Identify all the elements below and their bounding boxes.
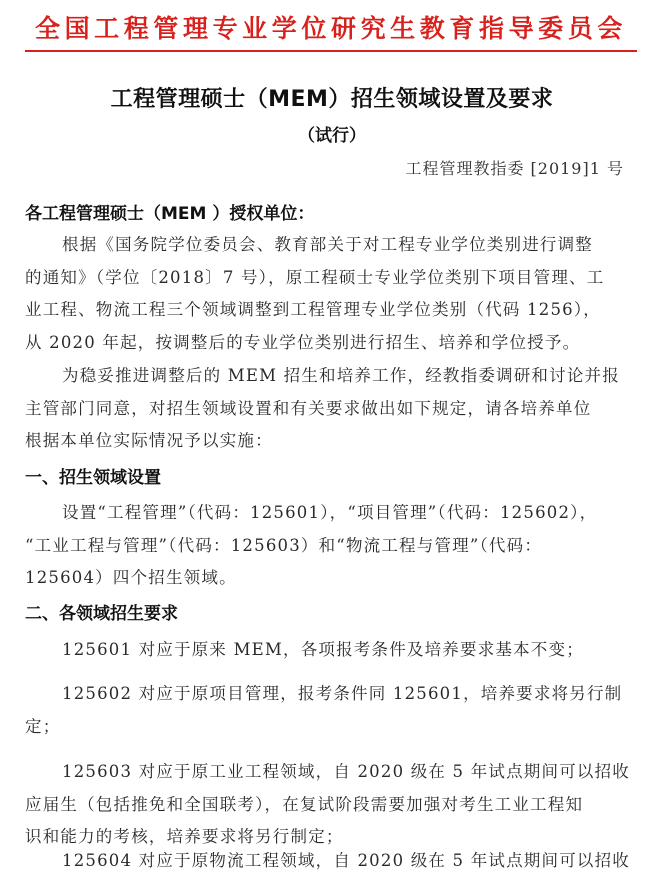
section-heading-2: 二、各领域招生要求 [25,599,178,624]
document-title: 工程管理硕士（MEM）招生领域设置及要求 [0,82,664,113]
document-subtitle: （试行） [0,121,664,146]
org-header: 全国工程管理专业学位研究生教育指导委员会 [25,12,637,46]
text-line: 125602 对应于原项目管理，报考条件同 125601，培养要求将另行制 [25,678,637,711]
section-heading-1: 一、招生领域设置 [25,463,161,488]
text-line: 根据本单位实际情况予以实施： [25,425,637,458]
document-number: 工程管理教指委 [2019]1 号 [405,156,624,179]
text-line: 125603 对应于原工业工程领域，自 2020 级在 5 年试点期间可以招收 [25,756,637,789]
text-line: 定； [25,711,637,744]
text-line: 125604 对应于原物流工程领域，自 2020 级在 5 年试点期间可以招收 [25,845,637,878]
addressee: 各工程管理硕士（MEM ）授权单位： [25,199,314,224]
text-line: 应届生（包括推免和全国联考），在复试阶段需要加强对考生工业工程知 [25,789,637,822]
text-line: 125601 对应于原来 MEM，各项报考条件及培养要求基本不变； [25,634,637,667]
text-line: 业工程、物流工程三个领域调整到工程管理专业学位类别（代码 1256）， [25,294,637,327]
intro-paragraph-2: 为稳妥推进调整后的 MEM 招生和培养工作，经教指委调研和讨论并报 主管部门同意… [25,360,637,458]
section-2-paragraph-2: 125602 对应于原项目管理，报考条件同 125601，培养要求将另行制 定； [25,678,637,743]
intro-paragraph-1: 根据《国务院学位委员会、教育部关于对工程专业学位类别进行调整 的通知》（学位〔2… [25,229,637,359]
text-line: 125604）四个招生领域。 [25,562,637,595]
section-1-paragraph: 设置“工程管理”（代码：125601），“项目管理”（代码：125602）， “… [25,497,637,595]
text-line: 设置“工程管理”（代码：125601），“项目管理”（代码：125602）， [25,497,637,530]
text-line: “工业工程与管理”（代码：125603）和“物流工程与管理”（代码： [25,530,637,563]
section-2-paragraph-3: 125603 对应于原工业工程领域，自 2020 级在 5 年试点期间可以招收 … [25,756,637,854]
section-2-paragraph-1: 125601 对应于原来 MEM，各项报考条件及培养要求基本不变； [25,634,637,667]
text-line: 为稳妥推进调整后的 MEM 招生和培养工作，经教指委调研和讨论并报 [25,360,637,393]
text-line: 从 2020 年起，按调整后的专业学位类别进行招生、培养和学位授予。 [25,327,637,360]
section-2-paragraph-4: 125604 对应于原物流工程领域，自 2020 级在 5 年试点期间可以招收 [25,845,637,878]
text-line: 主管部门同意，对招生领域设置和有关要求做出如下规定，请各培养单位 [25,393,637,426]
text-line: 根据《国务院学位委员会、教育部关于对工程专业学位类别进行调整 [25,229,637,262]
text-line: 的通知》（学位〔2018〕7 号），原工程硕士专业学位类别下项目管理、工 [25,262,637,295]
red-divider [25,50,637,52]
